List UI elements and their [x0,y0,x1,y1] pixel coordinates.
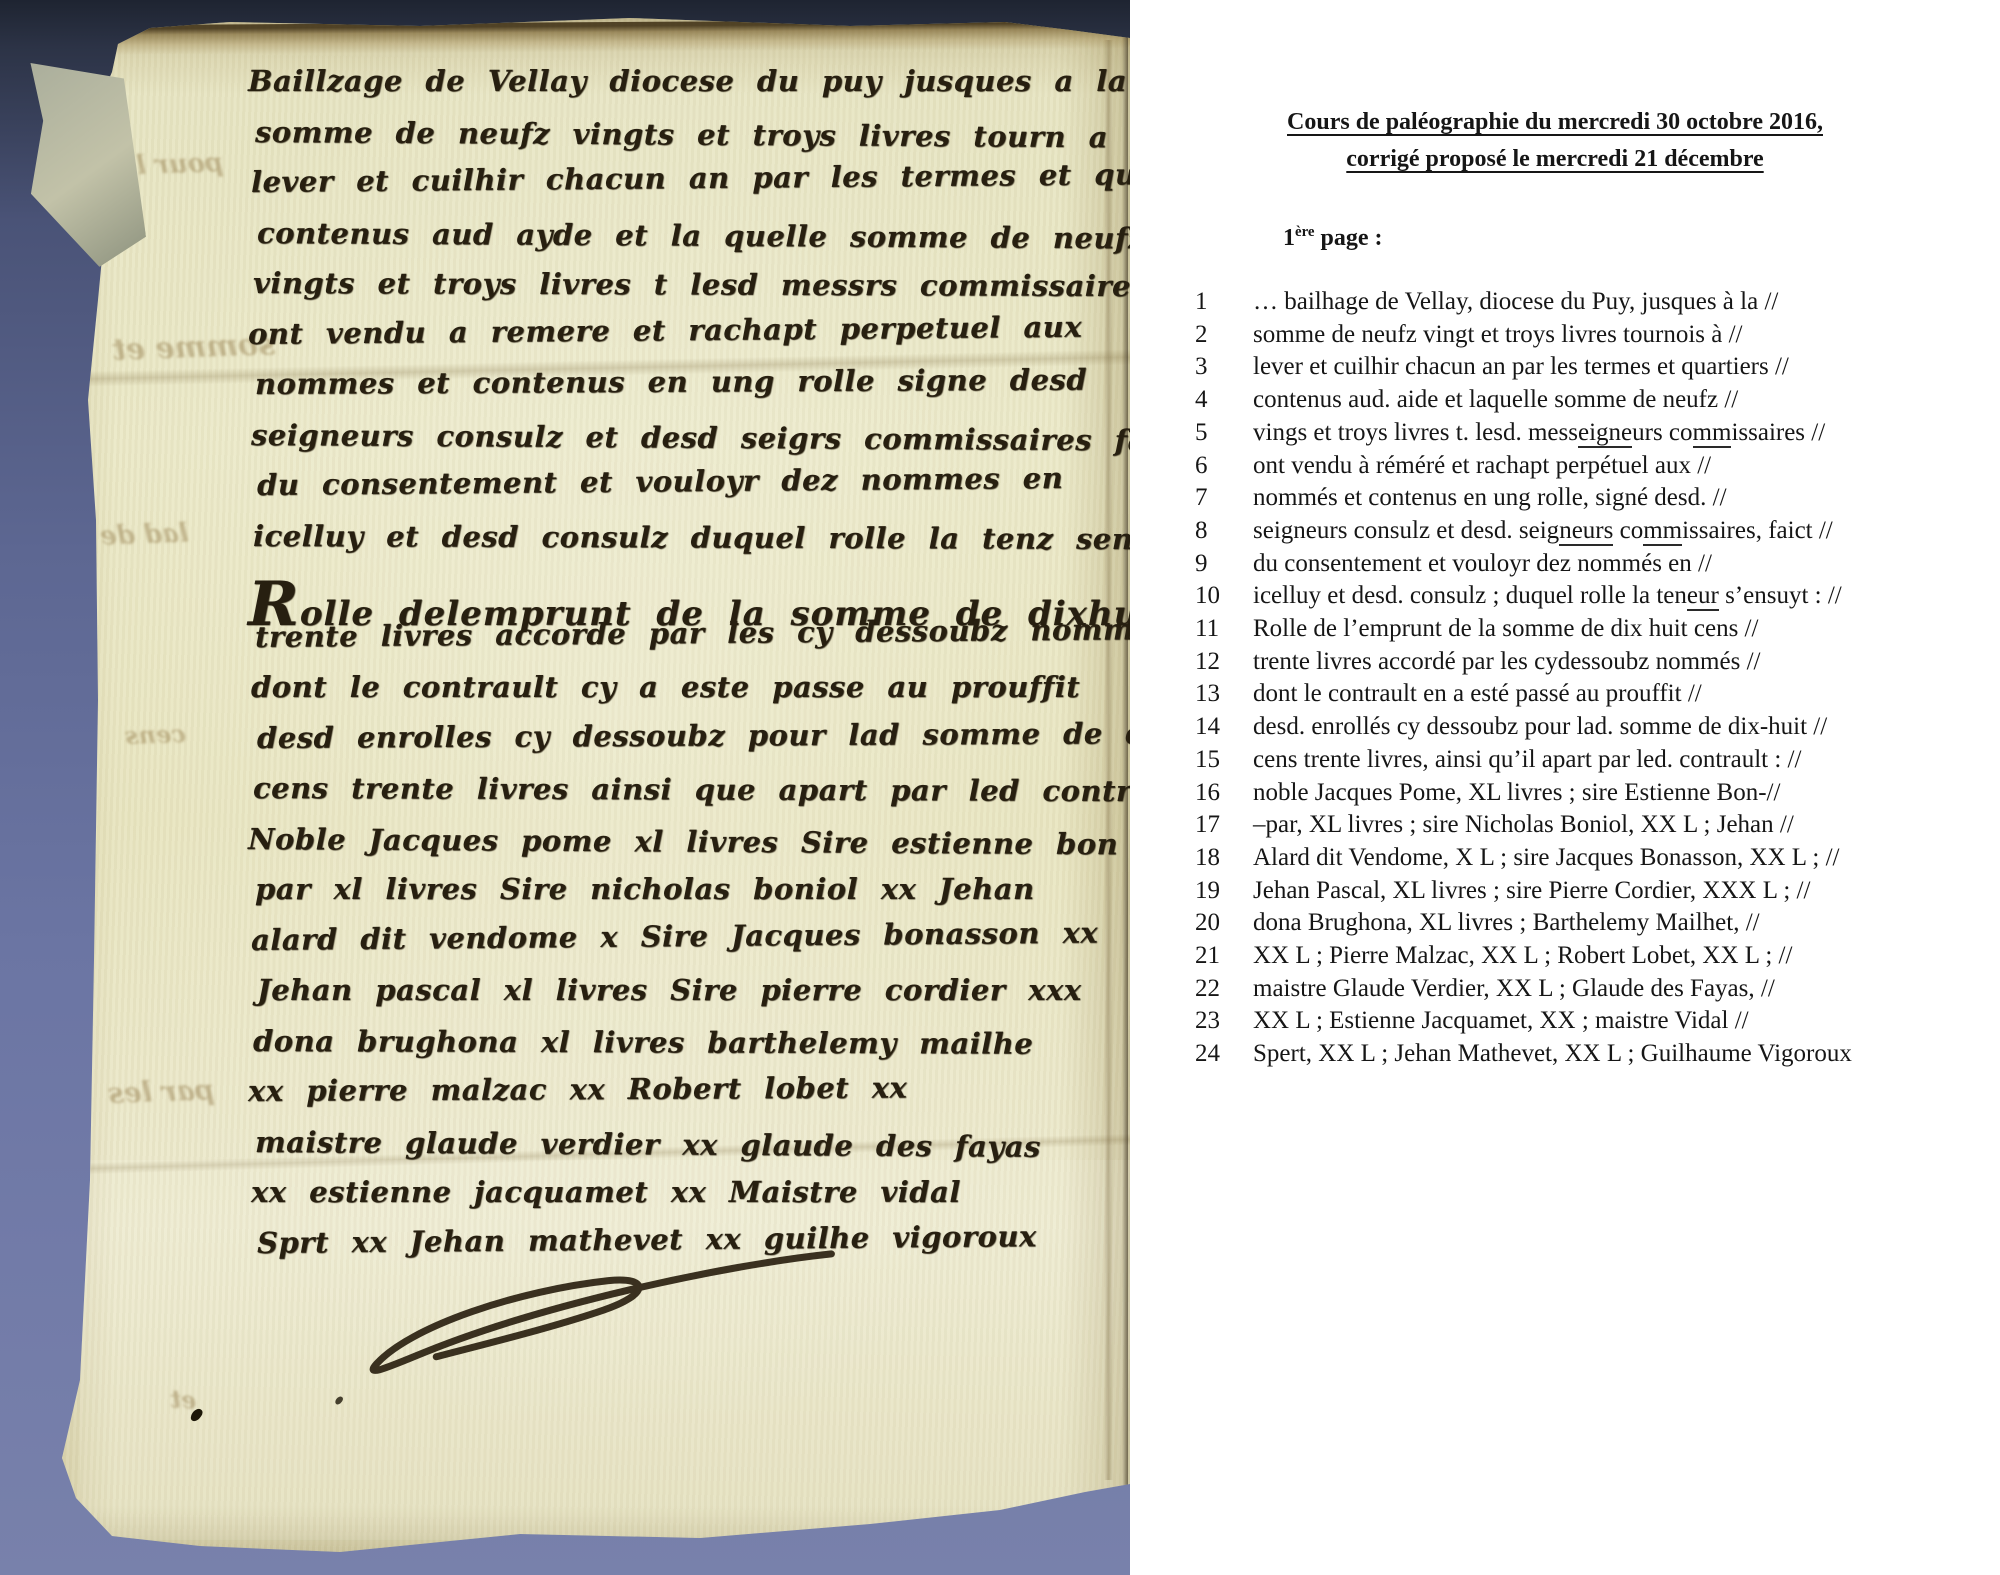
manuscript-line: Noble Jacques pome xl livres Sire estien… [248,822,1118,861]
transcription-line: 16noble Jacques Pome, XL livres ; sire E… [1195,777,1995,810]
manuscript-line: dona brughona xl livres barthelemy mailh… [253,1024,1033,1061]
page-label-ordinal: ère [1295,224,1315,240]
manuscript-line: xx pierre malzac xx Robert lobet xx [248,1071,907,1108]
manuscript-line: Jehan pascal xl livres Sire pierre cordi… [257,973,1082,1007]
transcription-line: 17–par, XL livres ; sire Nicholas Boniol… [1195,809,1995,842]
line-text: Jehan Pascal, XL livres ; sire Pierre Co… [1253,875,1995,908]
transcription-line: 2somme de neufz vingt et troys livres to… [1195,319,1995,352]
line-text: XX L ; Estienne Jacquamet, XX ; maistre … [1253,1005,1995,1038]
transcription-line: 15cens trente livres, ainsi qu’il apart … [1195,744,1995,777]
line-text: noble Jacques Pome, XL livres ; sire Est… [1253,777,1995,810]
manuscript-line: Baillzage de Vellay diocese du puy jusqu… [248,64,1127,98]
manuscript-line: desd enrolles cy dessoubz pour lad somme… [257,715,1130,754]
document-title: Cours de paléographie du mercredi 30 oct… [1150,104,1960,178]
transcription-list: 1… bailhage de Vellay, diocese du Puy, j… [1195,286,1995,1071]
line-number: 14 [1195,711,1253,744]
transcription-line: 8seigneurs consulz et desd. seigneurs co… [1195,515,1995,548]
line-text: nommés et contenus en ung rolle, signé d… [1253,482,1995,515]
line-text: cens trente livres, ainsi qu’il apart pa… [1253,744,1995,777]
manuscript-line: xx estienne jacquamet xx Maistre vidal [251,1175,961,1209]
page-label: 1ère page : [1283,224,1383,252]
page-label-number: 1 [1283,225,1295,251]
transcription-line: 19Jehan Pascal, XL livres ; sire Pierre … [1195,875,1995,908]
line-number: 21 [1195,940,1253,973]
line-number: 12 [1195,646,1253,679]
line-number: 20 [1195,907,1253,940]
transcription-line: 1… bailhage de Vellay, diocese du Puy, j… [1195,286,1995,319]
manuscript-line: par xl livres Sire nicholas boniol xx Je… [255,872,1035,906]
transcription-line: 3lever et cuilhir chacun an par les term… [1195,351,1995,384]
manuscript-line: nommes et contenus en ung rolle signe de… [255,363,1087,401]
transcription-line: 7nommés et contenus en ung rolle, signé … [1195,482,1995,515]
line-number: 22 [1195,973,1253,1006]
line-number: 9 [1195,548,1253,581]
line-text: ont vendu à réméré et rachapt perpétuel … [1253,450,1995,483]
manuscript-line: lever et cuilhir chacun an par les terme… [251,156,1130,199]
transcription-line: 12trente livres accordé par les cydessou… [1195,646,1995,679]
line-text: Rolle de l’emprunt de la somme de dix hu… [1253,613,1995,646]
manuscript-line: icelluy et desd consulz duquel rolle la … [253,519,1130,556]
line-number: 10 [1195,580,1253,613]
line-number: 11 [1195,613,1253,646]
line-text: … bailhage de Vellay, diocese du Puy, ju… [1253,286,1995,319]
line-number: 2 [1195,319,1253,352]
document-title-line1: Cours de paléographie du mercredi 30 oct… [1150,104,1960,141]
line-number: 4 [1195,384,1253,417]
manuscript-paper: pour lessomme etlad decenspar leset Bail… [0,0,1130,1575]
line-text: seigneurs consulz et desd. seigneurs com… [1253,515,1995,548]
manuscript-line: cens trente livres ainsi que apart par l… [253,771,1130,808]
line-text: Spert, XX L ; Jehan Mathevet, XX L ; Gui… [1253,1038,1995,1071]
line-number: 1 [1195,286,1253,319]
line-number: 15 [1195,744,1253,777]
line-text: maistre Glaude Verdier, XX L ; Glaude de… [1253,973,1995,1006]
line-number: 24 [1195,1038,1253,1071]
line-text: somme de neufz vingt et troys livres tou… [1253,319,1995,352]
line-text: icelluy et desd. consulz ; duquel rolle … [1253,580,1995,613]
line-text: XX L ; Pierre Malzac, XX L ; Robert Lobe… [1253,940,1995,973]
manuscript-line: ont vendu a remere et rachapt perpetuel … [248,309,1082,350]
transcription-panel: Cours de paléographie du mercredi 30 oct… [1130,0,2000,1575]
line-text: du consentement et vouloyr dez nommés en… [1253,548,1995,581]
transcription-line: 10icelluy et desd. consulz ; duquel roll… [1195,580,1995,613]
manuscript-line: alard dit vendome x Sire Jacques bonasso… [251,915,1098,956]
transcription-line: 14desd. enrollés cy dessoubz pour lad. s… [1195,711,1995,744]
line-text: desd. enrollés cy dessoubz pour lad. som… [1253,711,1995,744]
line-number: 5 [1195,417,1253,450]
page-label-text: page : [1315,225,1383,251]
manuscript-line: contenus aud ayde et la quelle somme de … [257,216,1130,255]
transcription-line: 21XX L ; Pierre Malzac, XX L ; Robert Lo… [1195,940,1995,973]
transcription-line: 6ont vendu à réméré et rachapt perpétuel… [1195,450,1995,483]
line-number: 13 [1195,678,1253,711]
line-number: 7 [1195,482,1253,515]
transcription-line: 4contenus aud. aide et laquelle somme de… [1195,384,1995,417]
line-text: lever et cuilhir chacun an par les terme… [1253,351,1995,384]
manuscript-line: vingts et troys livres t lesd messrs com… [253,266,1130,303]
manuscript-line: seigneurs consulz et desd seigrs commiss… [251,418,1130,458]
transcription-line: 13dont le contrault en a esté passé au p… [1195,678,1995,711]
line-text: dona Brughona, XL livres ; Barthelemy Ma… [1253,907,1995,940]
line-number: 6 [1195,450,1253,483]
transcription-line: 5vings et troys livres t. lesd. messeign… [1195,417,1995,450]
line-number: 16 [1195,777,1253,810]
line-number: 3 [1195,351,1253,384]
line-text: contenus aud. aide et laquelle somme de … [1253,384,1995,417]
manuscript-line: dont le contrault cy a este passe au pro… [251,670,1080,704]
line-text: vings et troys livres t. lesd. messeigne… [1253,417,1995,450]
line-number: 23 [1195,1005,1253,1038]
line-text: dont le contrault en a esté passé au pro… [1253,678,1995,711]
screenshot: pour lessomme etlad decenspar leset Bail… [0,0,2000,1575]
manuscript-line: maistre glaude verdier xx glaude des fay… [255,1125,1041,1164]
line-number: 8 [1195,515,1253,548]
line-number: 17 [1195,809,1253,842]
transcription-line: 11Rolle de l’emprunt de la somme de dix … [1195,613,1995,646]
transcription-line: 22maistre Glaude Verdier, XX L ; Glaude … [1195,973,1995,1006]
manuscript-line: du consentement et vouloyr dez nommes en [257,461,1064,502]
transcription-line: 23XX L ; Estienne Jacquamet, XX ; maistr… [1195,1005,1995,1038]
manuscript-photo: pour lessomme etlad decenspar leset Bail… [0,0,1130,1575]
transcription-line: 20dona Brughona, XL livres ; Barthelemy … [1195,907,1995,940]
manuscript-line: somme de neufz vingts et troys livres to… [255,115,1108,154]
line-text: –par, XL livres ; sire Nicholas Boniol, … [1253,809,1995,842]
line-text: Alard dit Vendome, X L ; sire Jacques Bo… [1253,842,1995,875]
line-number: 18 [1195,842,1253,875]
transcription-line: 18Alard dit Vendome, X L ; sire Jacques … [1195,842,1995,875]
transcription-line: 24Spert, XX L ; Jehan Mathevet, XX L ; G… [1195,1038,1995,1071]
line-text: trente livres accordé par les cydessoubz… [1253,646,1995,679]
line-number: 19 [1195,875,1253,908]
document-title-line2: corrigé proposé le mercredi 21 décembre [1150,141,1960,178]
transcription-line: 9du consentement et vouloyr dez nommés e… [1195,548,1995,581]
